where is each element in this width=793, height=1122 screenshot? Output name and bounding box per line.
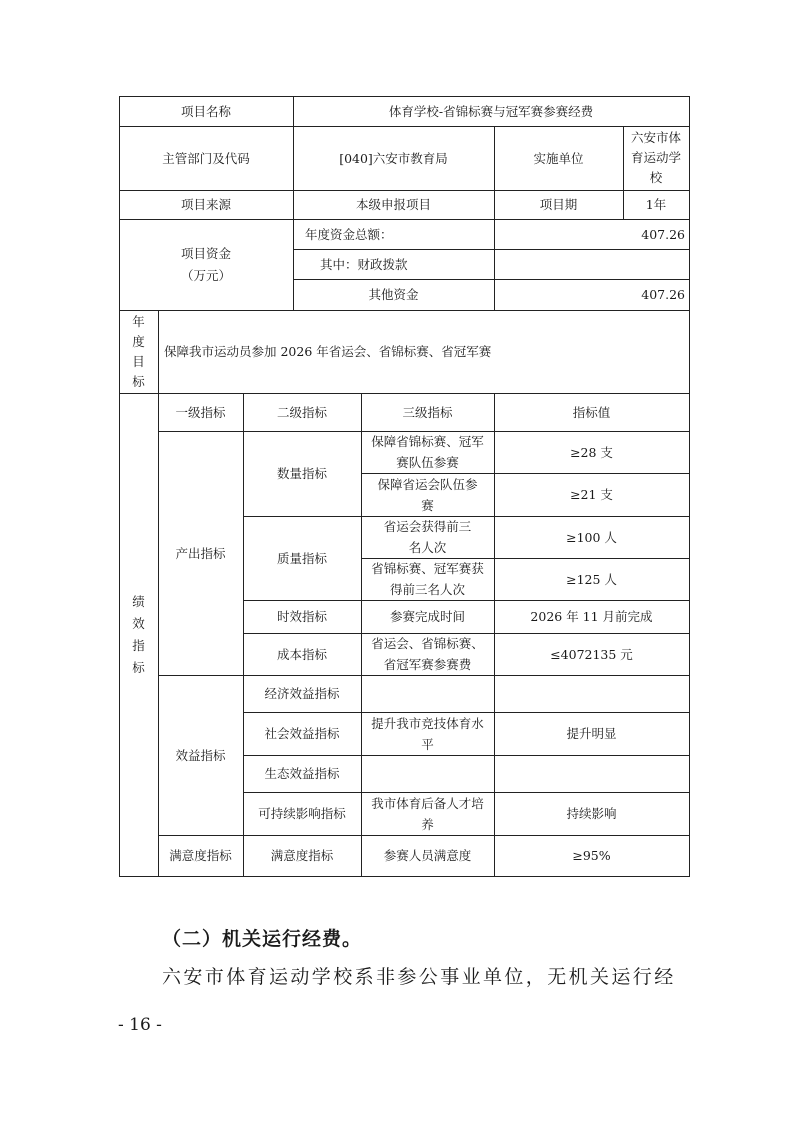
level2-satisfaction: 满意度指标 <box>243 835 361 876</box>
level2-cost: 成本指标 <box>243 633 361 675</box>
source-value: 本级申报项目 <box>293 190 494 219</box>
table-border-right <box>689 96 690 877</box>
header-level1: 一级指标 <box>158 393 243 431</box>
indicator-value <box>494 675 689 712</box>
header-value: 指标值 <box>494 393 689 431</box>
goal-label: 年度目标 <box>119 310 158 393</box>
level3-cell: 省锦标赛、冠军赛获得前三名人次 <box>361 558 494 600</box>
period-value: 1年 <box>623 190 689 219</box>
funds-total-label: 年度资金总额： <box>293 219 494 249</box>
header-level3: 三级指标 <box>361 393 494 431</box>
goal-value: 保障我市运动员参加 2026 年省运会、省锦标赛、省冠军赛 <box>158 310 689 393</box>
funds-fiscal-label: 其中：财政拨款 <box>293 249 494 279</box>
funds-label: 项目资金 （万元） <box>119 219 293 310</box>
funds-label-text: 项目资金 <box>181 243 231 265</box>
indicator-value: 2026 年 11 月前完成 <box>494 600 689 633</box>
indicator-value: ≥100 人 <box>494 516 689 558</box>
section-heading: （二）机关运行经费。 <box>162 924 362 951</box>
header-level2: 二级指标 <box>243 393 361 431</box>
impl-unit-label: 实施单位 <box>494 126 623 190</box>
funds-other-value: 407.26 <box>494 279 689 310</box>
perf-label: 绩效指标 <box>119 393 158 876</box>
body-paragraph: 六安市体育运动学校系非参公事业单位，无机关运行经 <box>162 962 676 989</box>
indicator-value <box>494 755 689 792</box>
indicator-value: ≥28 支 <box>494 431 689 473</box>
level2-social: 社会效益指标 <box>243 712 361 755</box>
level3-cell: 省运会获得前三名人次 <box>361 516 494 558</box>
period-label: 项目期 <box>494 190 623 219</box>
level3-cell: 参赛完成时间 <box>361 600 494 633</box>
level3-cell: 提升我市竞技体育水平 <box>361 712 494 755</box>
table-border-bottom <box>119 876 690 877</box>
dept-label: 主管部门及代码 <box>119 126 293 190</box>
page-number: - 16 - <box>118 1015 162 1035</box>
level2-quantity: 数量指标 <box>243 431 361 516</box>
level3-cell: 我市体育后备人才培养 <box>361 792 494 835</box>
project-name-label: 项目名称 <box>119 96 293 126</box>
level2-economic: 经济效益指标 <box>243 675 361 712</box>
level3-cell: 省运会、省锦标赛、省冠军赛参赛费 <box>361 633 494 675</box>
dept-value: [040]六安市教育局 <box>293 126 494 190</box>
funds-other-label: 其他资金 <box>293 279 494 310</box>
level3-cell <box>361 755 494 792</box>
indicator-value: ≥95% <box>494 835 689 876</box>
indicator-value: ≥21 支 <box>494 473 689 516</box>
level2-quality: 质量指标 <box>243 516 361 600</box>
funds-unit-text: （万元） <box>181 265 231 287</box>
level3-cell <box>361 675 494 712</box>
level1-output: 产出指标 <box>158 431 243 675</box>
funds-total-value: 407.26 <box>494 219 689 249</box>
level2-ecological: 生态效益指标 <box>243 755 361 792</box>
level1-satisfaction: 满意度指标 <box>158 835 243 876</box>
level3-cell: 保障省运会队伍参赛 <box>361 473 494 516</box>
funds-fiscal-value <box>494 249 689 279</box>
indicator-value: 提升明显 <box>494 712 689 755</box>
level2-sustainable: 可持续影响指标 <box>243 792 361 835</box>
level1-benefit: 效益指标 <box>158 675 243 835</box>
level3-cell: 参赛人员满意度 <box>361 835 494 876</box>
source-label: 项目来源 <box>119 190 293 219</box>
level3-cell: 保障省锦标赛、冠军赛队伍参赛 <box>361 431 494 473</box>
indicator-value: ≥125 人 <box>494 558 689 600</box>
level2-timeliness: 时效指标 <box>243 600 361 633</box>
impl-unit-value: 六安市体育运动学校 <box>623 126 689 190</box>
project-name-value: 体育学校-省锦标赛与冠军赛参赛经费 <box>293 96 689 126</box>
indicator-value: 持续影响 <box>494 792 689 835</box>
indicator-value: ≤4072135 元 <box>494 633 689 675</box>
